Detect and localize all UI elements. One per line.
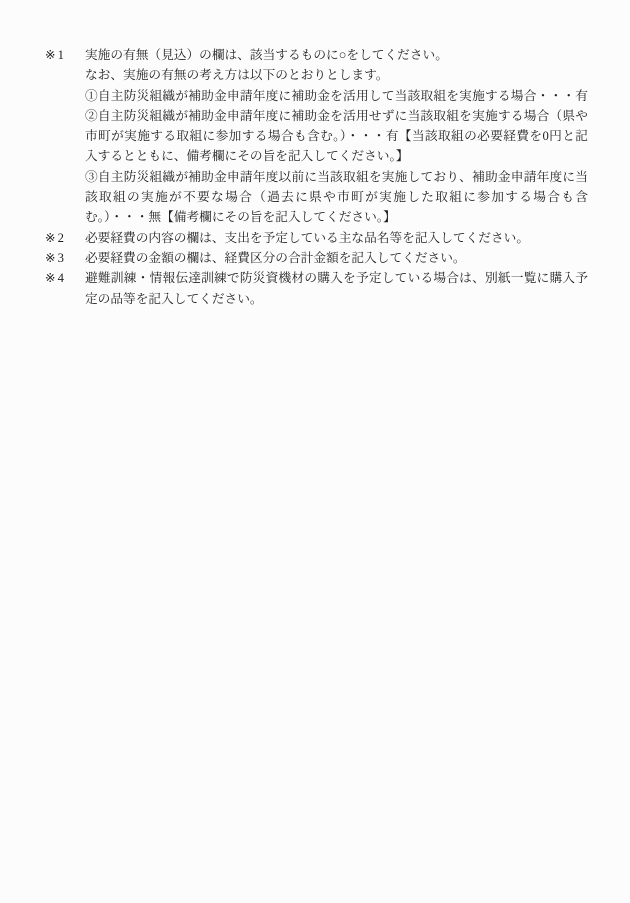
note-1-line-3: ①自主防災組織が補助金申請年度に補助金を活用して当該取組を実施する場合・・・有: [85, 86, 588, 106]
note-1-line-5: 市町が実施する取組に参加する場合も含む。）・・・有【当該取組の必要経費を0円と記: [85, 126, 588, 146]
note-3-marker: ※3: [45, 248, 85, 268]
note-1-line-8: 該取組の実施が不要な場合（過去に県や市町が実施した取組に参加する場合も含: [85, 187, 588, 207]
notes-list: ※1 実施の有無（見込）の欄は、該当するものに○をしてください。 なお、実施の有…: [45, 45, 590, 309]
note-4-body: 避難訓練・情報伝達訓練で防災資機材の購入を予定している場合は、別紙一覧に購入予 …: [85, 268, 588, 309]
note-4-line-1: 避難訓練・情報伝達訓練で防災資機材の購入を予定している場合は、別紙一覧に購入予: [85, 268, 588, 288]
note-1-line-7: ③自主防災組織が補助金申請年度以前に当該取組を実施しており、補助金申請年度に当: [85, 167, 588, 187]
note-1-line-2: なお、実施の有無の考え方は以下のとおりとします。: [85, 65, 588, 85]
note-2-line-1: 必要経費の内容の欄は、支出を予定している主な品名等を記入してください。: [85, 228, 588, 248]
note-4-marker: ※4: [45, 268, 85, 288]
note-1-line-6: 入するとともに、備考欄にその旨を記入してください。】: [85, 146, 588, 166]
note-1-marker: ※1: [45, 45, 85, 65]
note-4: ※4 避難訓練・情報伝達訓練で防災資機材の購入を予定している場合は、別紙一覧に購…: [45, 268, 590, 309]
note-1-line-1: 実施の有無（見込）の欄は、該当するものに○をしてください。: [85, 45, 588, 65]
note-2-body: 必要経費の内容の欄は、支出を予定している主な品名等を記入してください。: [85, 228, 588, 248]
document-page: ※1 実施の有無（見込）の欄は、該当するものに○をしてください。 なお、実施の有…: [0, 0, 630, 903]
note-1: ※1 実施の有無（見込）の欄は、該当するものに○をしてください。 なお、実施の有…: [45, 45, 590, 228]
note-2-marker: ※2: [45, 228, 85, 248]
note-3: ※3 必要経費の金額の欄は、経費区分の合計金額を記入してください。: [45, 248, 590, 268]
note-3-line-1: 必要経費の金額の欄は、経費区分の合計金額を記入してください。: [85, 248, 588, 268]
note-4-line-2: 定の品等を記入してください。: [85, 289, 588, 309]
note-3-body: 必要経費の金額の欄は、経費区分の合計金額を記入してください。: [85, 248, 588, 268]
note-2: ※2 必要経費の内容の欄は、支出を予定している主な品名等を記入してください。: [45, 228, 590, 248]
note-1-line-4: ②自主防災組織が補助金申請年度に補助金を活用せずに当該取組を実施する場合（県や: [85, 106, 588, 126]
note-1-line-9: む。）・・・無【備考欄にその旨を記入してください。】: [85, 207, 588, 227]
note-1-body: 実施の有無（見込）の欄は、該当するものに○をしてください。 なお、実施の有無の考…: [85, 45, 588, 228]
